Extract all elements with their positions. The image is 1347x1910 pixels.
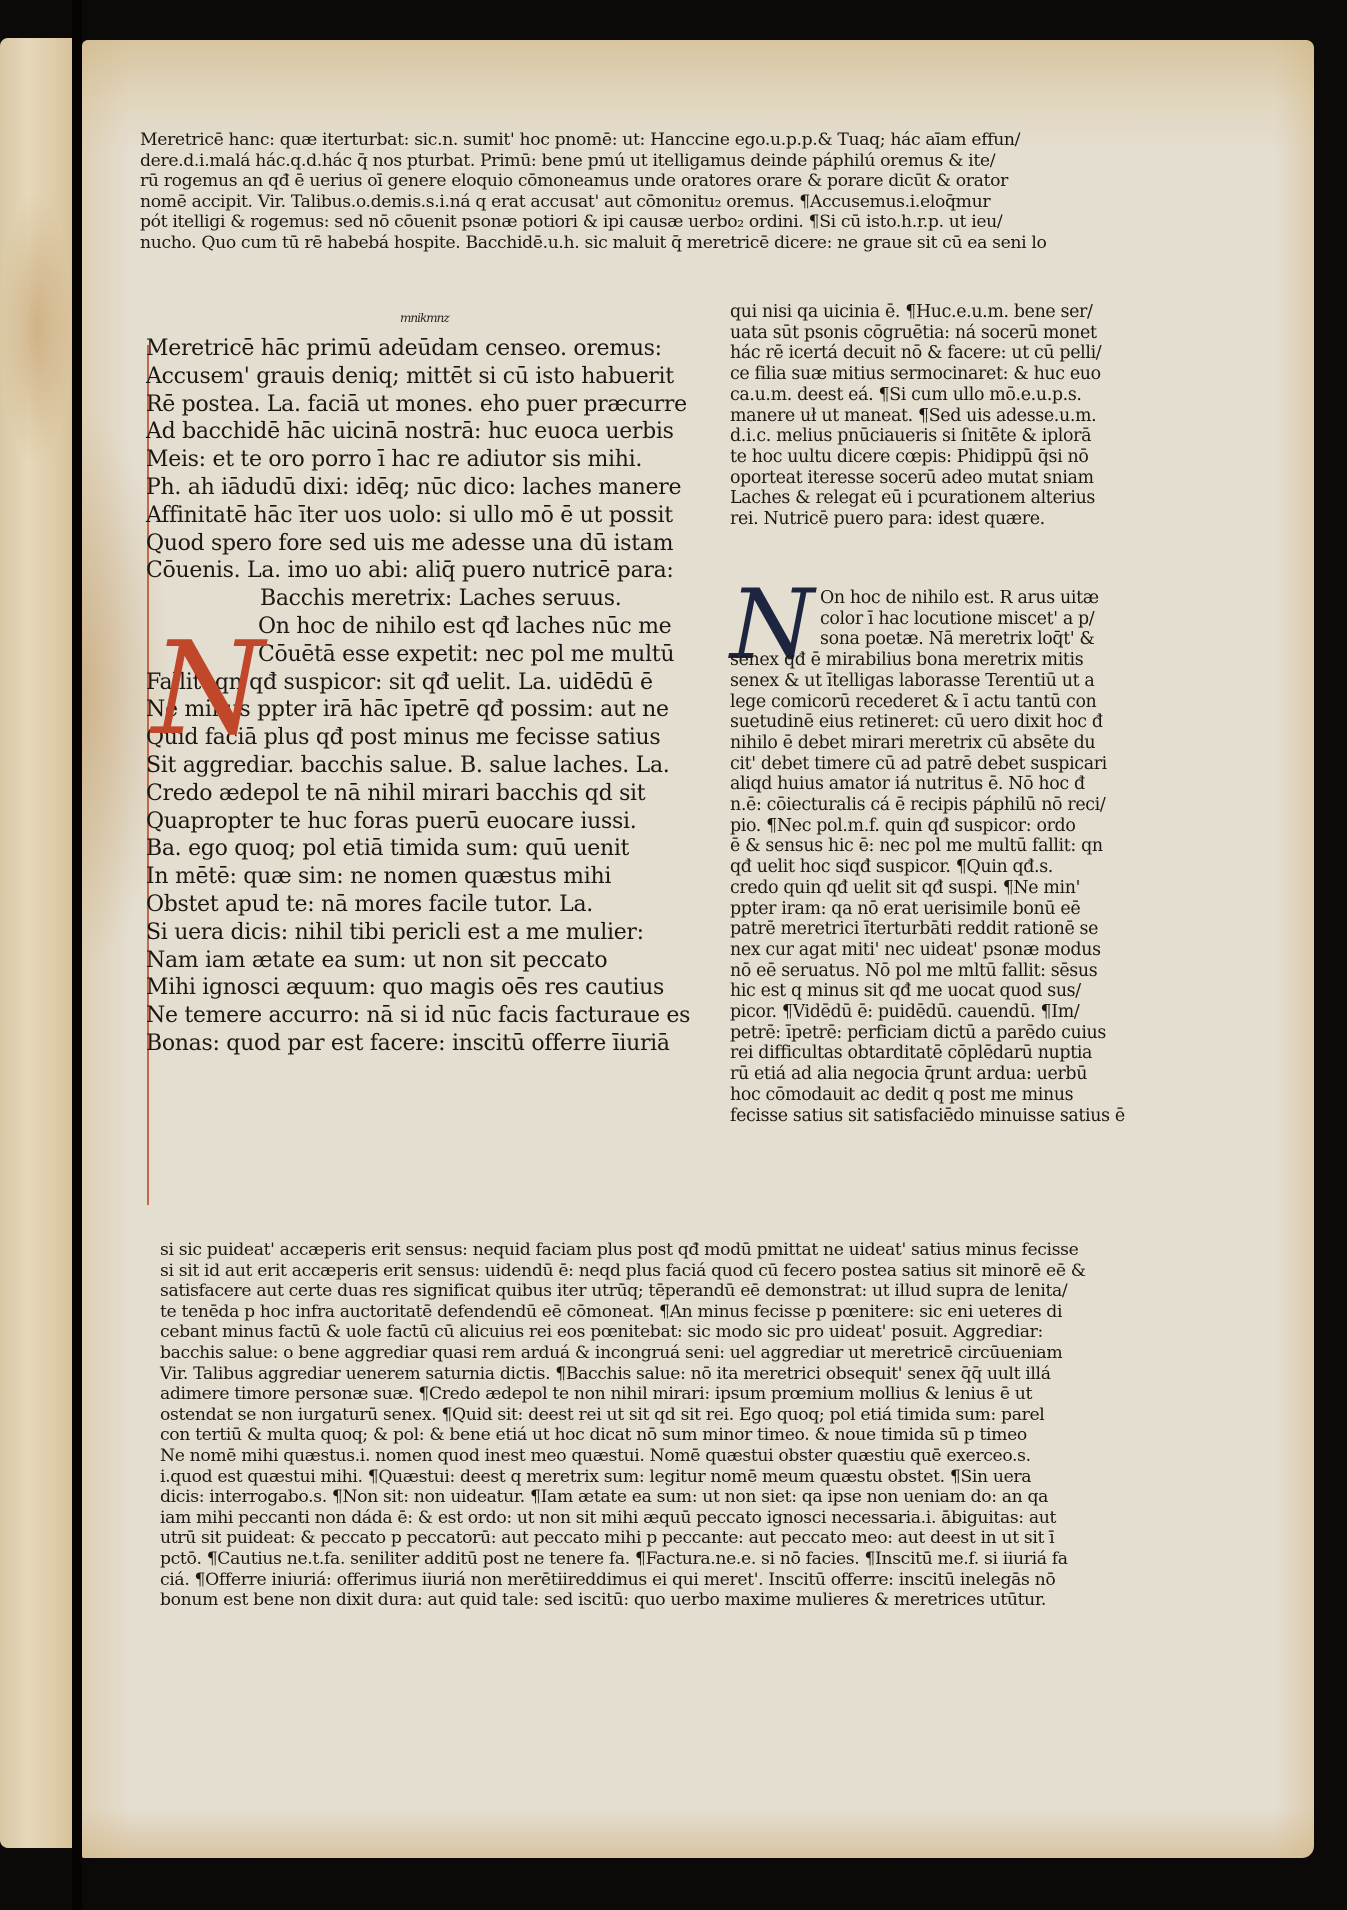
verse-line: Meis: et te oro porro ī hac re adiutor s… <box>146 446 690 474</box>
commentary-line: nō eē seruatus. Nō pol me mltū fallit: s… <box>730 961 1125 982</box>
commentary-line: Meretricē hanc: quæ iterturbat: sic.n. s… <box>140 130 1047 151</box>
commentary-line: manere uł ut maneat. ¶Sed uis adesse.u.m… <box>730 406 1101 427</box>
verse-line: Obstet apud te: nā mores facile tutor. L… <box>146 891 690 919</box>
commentary-line: rū etiá ad alia negocia q̄runt ardua: ue… <box>730 1064 1125 1085</box>
commentary-line: dere.d.i.malá hác.q.d.hác q̄ nos pturbat… <box>140 151 1047 172</box>
right-commentary-block-2: On hoc de nihilo est. R arus uitæ color … <box>730 588 1125 1126</box>
commentary-line: pctō. ¶Cautius ne.t.fa. seniliter additū… <box>160 1549 1086 1570</box>
red-initial-letter: N <box>152 630 262 750</box>
commentary-line: si sit id aut erit accæperis erit sensus… <box>160 1261 1086 1282</box>
commentary-line: credo quin qđ uelit sit qđ suspi. ¶Ne mi… <box>730 878 1125 899</box>
commentary-line: cit' debet timere cū ad patrē debet susp… <box>730 754 1125 775</box>
commentary-line: n.ē: cōiecturalis cá ē recipis páphilū n… <box>730 795 1125 816</box>
commentary-line: patrē meretrici īterturbāti reddit ratio… <box>730 919 1125 940</box>
verse-line: In mētē: quæ sim: ne nomen quæstus mihi <box>146 863 690 891</box>
commentary-line: qui nisi qa uicinia ē. ¶Huc.e.u.m. bene … <box>730 302 1101 323</box>
verse-line: Ph. ah iādudū dixi: idēq; nūc dico: lach… <box>146 474 690 502</box>
commentary-line: senex & ut ītelligas laborasse Terentiū … <box>730 671 1125 692</box>
commentary-line: aliqd huius amator iá nutritus ē. Nō hoc… <box>730 774 1125 795</box>
commentary-line: rū rogemus an qđ ē uerius oī genere eloq… <box>140 171 1047 192</box>
verse-line: Ba. ego quoq; pol etiā timida sum: quū u… <box>146 835 690 863</box>
commentary-line: rei difficultas obtarditatē cōplēdarū nu… <box>730 1043 1125 1064</box>
commentary-line: hic est q minus sit qđ me uocat quod sus… <box>730 981 1125 1002</box>
water-stain <box>0 188 72 468</box>
verse-line: Credo ædepol te nā nihil mirari bacchis … <box>146 780 690 808</box>
verse-line: Ne temere accurro: nā si id nūc facis fa… <box>146 1002 690 1030</box>
commentary-line: oporteat iteresse socerū adeo mutat snia… <box>730 468 1101 489</box>
commentary-line: dicis: interrogabo.s. ¶Non sit: non uide… <box>160 1487 1086 1508</box>
commentary-line: Laches & relegat eū i pcurationem alteri… <box>730 488 1101 509</box>
commentary-line: bonum est bene non dixit dura: aut quid … <box>160 1590 1086 1611</box>
facing-page-edge <box>0 38 72 1848</box>
commentary-line: On hoc de nihilo est. R arus uitæ <box>730 588 1125 609</box>
commentary-line: Vir. Talibus aggrediar uenerem saturnia … <box>160 1364 1086 1385</box>
commentary-line: rei. Nutricē puero para: idest quære. <box>730 509 1101 530</box>
commentary-line: ppter iram: qa nō erat uerisimile bonū e… <box>730 899 1125 920</box>
commentary-line: pót itelligi & rogemus: sed nō cōuenit p… <box>140 212 1047 233</box>
binding-gutter <box>72 0 82 1910</box>
commentary-line: pio. ¶Nec pol.m.f. quin qđ suspicor: ord… <box>730 816 1125 837</box>
commentary-line: d.i.c. melius pnūciaueris si ſnitēte & i… <box>730 426 1101 447</box>
commentary-line: senex qđ ē mirabilius bona meretrix miti… <box>730 650 1125 671</box>
verse-line: Quod spero fore sed uis me adesse una dū… <box>146 530 690 558</box>
marginal-scribble: mnikmnz <box>400 311 449 325</box>
commentary-line: con tertiū & multa quoq; & pol: & bene e… <box>160 1425 1086 1446</box>
commentary-line: bacchis salue: o bene aggrediar quasi re… <box>160 1343 1086 1364</box>
commentary-line: ce filia suæ mitius sermocinaret: & huc … <box>730 364 1101 385</box>
commentary-line: qđ uelit hoc siqđ suspicor. ¶Quin qđ.s. <box>730 857 1125 878</box>
commentary-line: sona poetæ. Nā meretrix loq̄t' & <box>730 629 1125 650</box>
commentary-line: satisfacere aut certe duas res significa… <box>160 1281 1086 1302</box>
commentary-line: ē & sensus hic ē: nec pol me multū falli… <box>730 836 1125 857</box>
commentary-line: color ī hac locutione miscet' a p/ <box>730 609 1125 630</box>
verse-line: Cōuenis. La. imo uo abi: aliq̄ puero nut… <box>146 557 690 585</box>
commentary-line: uata sūt psonis cōgruētia: ná socerū mon… <box>730 323 1101 344</box>
bottom-commentary-block: si sic puideat' accæperis erit sensus: n… <box>160 1240 1086 1611</box>
verse-line: Quapropter te huc foras puerū euocare iu… <box>146 808 690 836</box>
commentary-line: i.quod est quæstui mihi. ¶Quæstui: deest… <box>160 1467 1086 1488</box>
commentary-line: Ne nomē mihi quæstus.i. nomen quod inest… <box>160 1446 1086 1467</box>
right-commentary-block-1: qui nisi qa uicinia ē. ¶Huc.e.u.m. bene … <box>730 302 1101 530</box>
commentary-line: lege comicorū recederet & ī actu tantū c… <box>730 692 1125 713</box>
verse-line: Ad bacchidē hāc uicinā nostrā: huc euoca… <box>146 418 690 446</box>
commentary-line: ostendat se non iurgaturū senex. ¶Quid s… <box>160 1405 1086 1426</box>
commentary-line: nomē accipit. Vir. Talibus.o.demis.s.i.n… <box>140 192 1047 213</box>
commentary-line: picor. ¶Vidēdū ē: puidēdū. cauendū. ¶Im/ <box>730 1002 1125 1023</box>
verse-line: Bonas: quod par est facere: inscitū offe… <box>146 1030 690 1058</box>
commentary-line: cebant minus factū & uole factū cū alicu… <box>160 1322 1086 1343</box>
verse-line: Si uera dicis: nihil tibi pericli est a … <box>146 919 690 947</box>
commentary-line: suetudinē eius retineret: cū uero dixit … <box>730 712 1125 733</box>
verse-line: Affinitatē hāc īter uos uolo: si ullo mō… <box>146 502 690 530</box>
commentary-line: iam mihi peccanti non dáda ē: & est ordo… <box>160 1508 1086 1529</box>
top-commentary-block: Meretricē hanc: quæ iterturbat: sic.n. s… <box>140 130 1047 254</box>
commentary-line: utrū sit puideat: & peccato p peccatorū:… <box>160 1528 1086 1549</box>
scene-heading: Bacchis meretrix: Laches seruus. <box>146 585 690 613</box>
verse-line: Nam iam ætate ea sum: ut non sit peccato <box>146 947 690 975</box>
verse-line: Accusem' grauis deniq; mittēt si cū isto… <box>146 363 690 391</box>
commentary-line: nex cur agat miti' nec uideat' psonæ mod… <box>730 940 1125 961</box>
commentary-line: si sic puideat' accæperis erit sensus: n… <box>160 1240 1086 1261</box>
commentary-line: fecisse satius sit satisfaciēdo minuisse… <box>730 1106 1125 1127</box>
verse-line: Meretricē hāc primū adeūdam censeo. orem… <box>146 335 690 363</box>
commentary-line: nihilo ē debet mirari meretrix cū absēte… <box>730 733 1125 754</box>
verse-line: Rē postea. La. faciā ut mones. eho puer … <box>146 391 690 419</box>
commentary-line: hác rē icertá decuit nō & facere: ut cū … <box>730 343 1101 364</box>
verse-line: Mihi ignosci æquum: quo magis oēs res ca… <box>146 974 690 1002</box>
commentary-line: petrē: īpetrē: perficiam dictū a parēdo … <box>730 1023 1125 1044</box>
commentary-line: ciá. ¶Offerre iniuriá: offerimus iiuriá … <box>160 1570 1086 1591</box>
commentary-line: nucho. Quo cum tū rē habebá hospite. Bac… <box>140 233 1047 254</box>
commentary-line: te hoc uultu dicere cœpis: Phidippū q̄si… <box>730 447 1101 468</box>
commentary-line: hoc cōmodauit ac dedit q post me minus <box>730 1085 1125 1106</box>
commentary-line: ca.u.m. deest eá. ¶Si cum ullo mō.e.u.p.… <box>730 385 1101 406</box>
commentary-line: te tenēda p hoc infra auctoritatē defend… <box>160 1302 1086 1323</box>
commentary-line: adimere timore personæ suæ. ¶Credo ædepo… <box>160 1384 1086 1405</box>
